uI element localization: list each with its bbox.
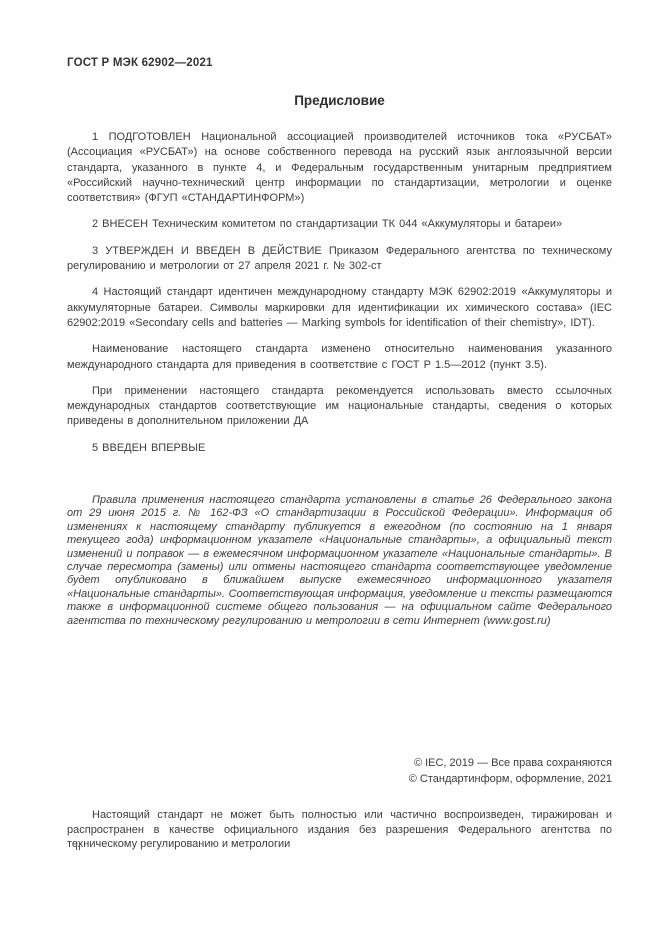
page-title: Предисловие bbox=[67, 93, 612, 108]
page-content: ГОСТ Р МЭК 62902—2021 Предисловие 1 ПОДГ… bbox=[67, 0, 612, 935]
copyright-standartinform: © Стандартинформ, оформление, 2021 bbox=[409, 771, 612, 787]
foreword-item-4-note-name-change: Наименование настоящего стандарта измене… bbox=[67, 342, 612, 373]
copyright-block: © IEC, 2019 — Все права сохраняются © Ст… bbox=[409, 755, 612, 788]
reproduction-restriction-note: Настоящий стандарт не может быть полност… bbox=[67, 808, 612, 852]
page-number: II bbox=[75, 841, 81, 853]
standard-code: ГОСТ Р МЭК 62902—2021 bbox=[67, 0, 612, 70]
foreword-item-2: 2 ВНЕСЕН Техническим комитетом по станда… bbox=[67, 217, 612, 232]
foreword-item-4: 4 Настоящий стандарт идентичен междунаро… bbox=[67, 285, 612, 331]
foreword-item-5: 5 ВВЕДЕН ВПЕРВЫЕ bbox=[67, 441, 612, 456]
copyright-iec: © IEC, 2019 — Все права сохраняются bbox=[409, 755, 612, 771]
foreword-item-3: 3 УТВЕРЖДЕН И ВВЕДЕН В ДЕЙСТВИЕ Приказом… bbox=[67, 244, 612, 275]
legal-application-notice: Правила применения настоящего стандарта … bbox=[67, 494, 612, 628]
document-page: ГОСТ Р МЭК 62902—2021 Предисловие 1 ПОДГ… bbox=[0, 0, 661, 935]
foreword-item-1: 1 ПОДГОТОВЛЕН Национальной ассоциацией п… bbox=[67, 130, 612, 206]
foreword-item-4-note-references: При применении настоящего стандарта реко… bbox=[67, 384, 612, 430]
